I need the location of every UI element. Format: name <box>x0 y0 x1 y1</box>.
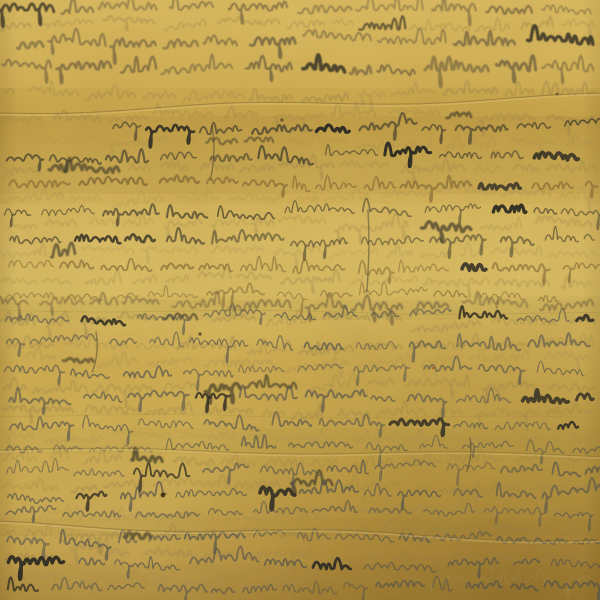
manuscript-canvas <box>0 0 600 600</box>
manuscript-photo: Close-up photograph of an aged handwritt… <box>0 0 600 600</box>
paper-grain-texture <box>0 0 600 600</box>
